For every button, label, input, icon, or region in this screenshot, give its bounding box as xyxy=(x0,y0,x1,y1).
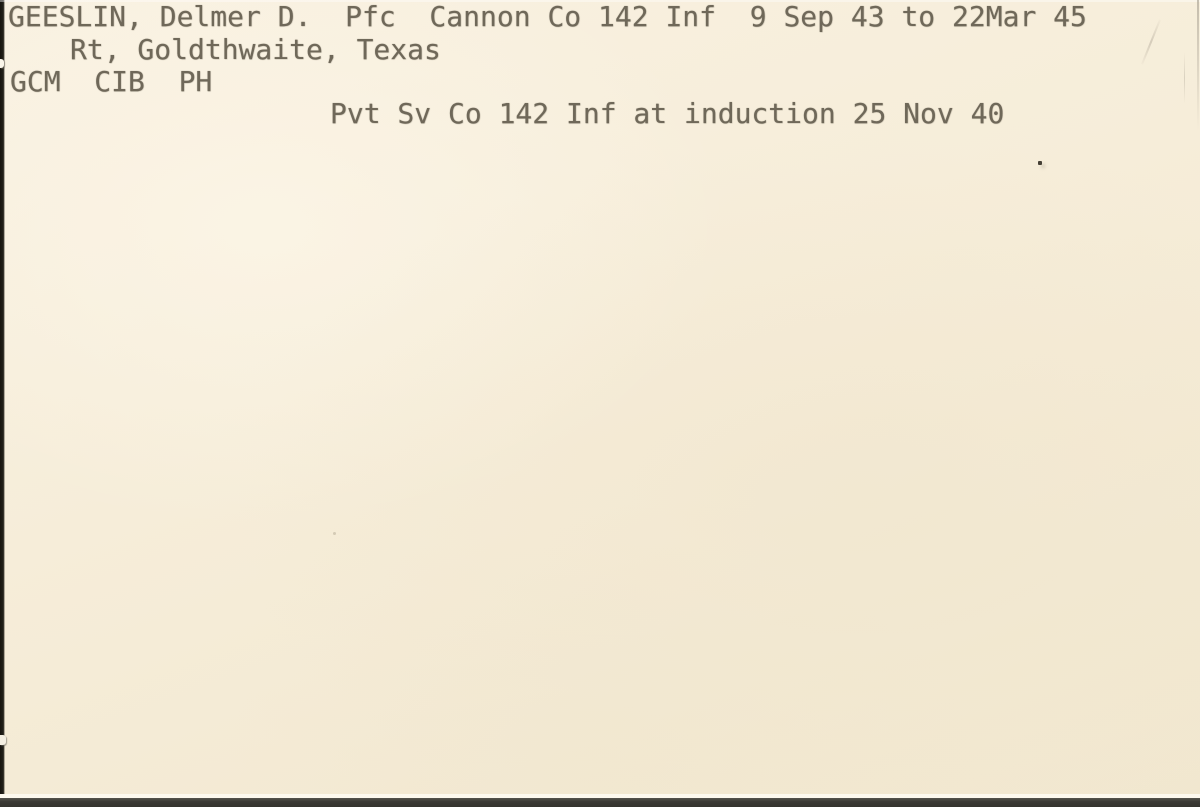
paper-speck xyxy=(333,532,336,535)
card-line-name-rank-unit-dates: GEESLIN, Delmer D. Pfc Cannon Co 142 Inf… xyxy=(8,3,1087,31)
paper-crease xyxy=(1184,52,1185,104)
card-line-awards: GCM CIB PH xyxy=(10,68,212,96)
paper-crease xyxy=(1141,19,1161,64)
left-edge-notch xyxy=(0,735,6,745)
scan-edge-right-line xyxy=(1197,0,1199,130)
scan-edge-bottom xyxy=(0,798,1200,807)
left-edge-notch xyxy=(0,59,4,68)
card-line-address: Rt, Goldthwaite, Texas xyxy=(70,36,441,64)
scan-edge-left xyxy=(0,0,5,807)
scanned-index-card: GEESLIN, Delmer D. Pfc Cannon Co 142 Inf… xyxy=(0,0,1200,807)
card-line-induction-note: Pvt Sv Co 142 Inf at induction 25 Nov 40 xyxy=(330,100,1004,128)
paper-speck xyxy=(1038,161,1042,165)
scan-edge-top xyxy=(0,0,1200,2)
